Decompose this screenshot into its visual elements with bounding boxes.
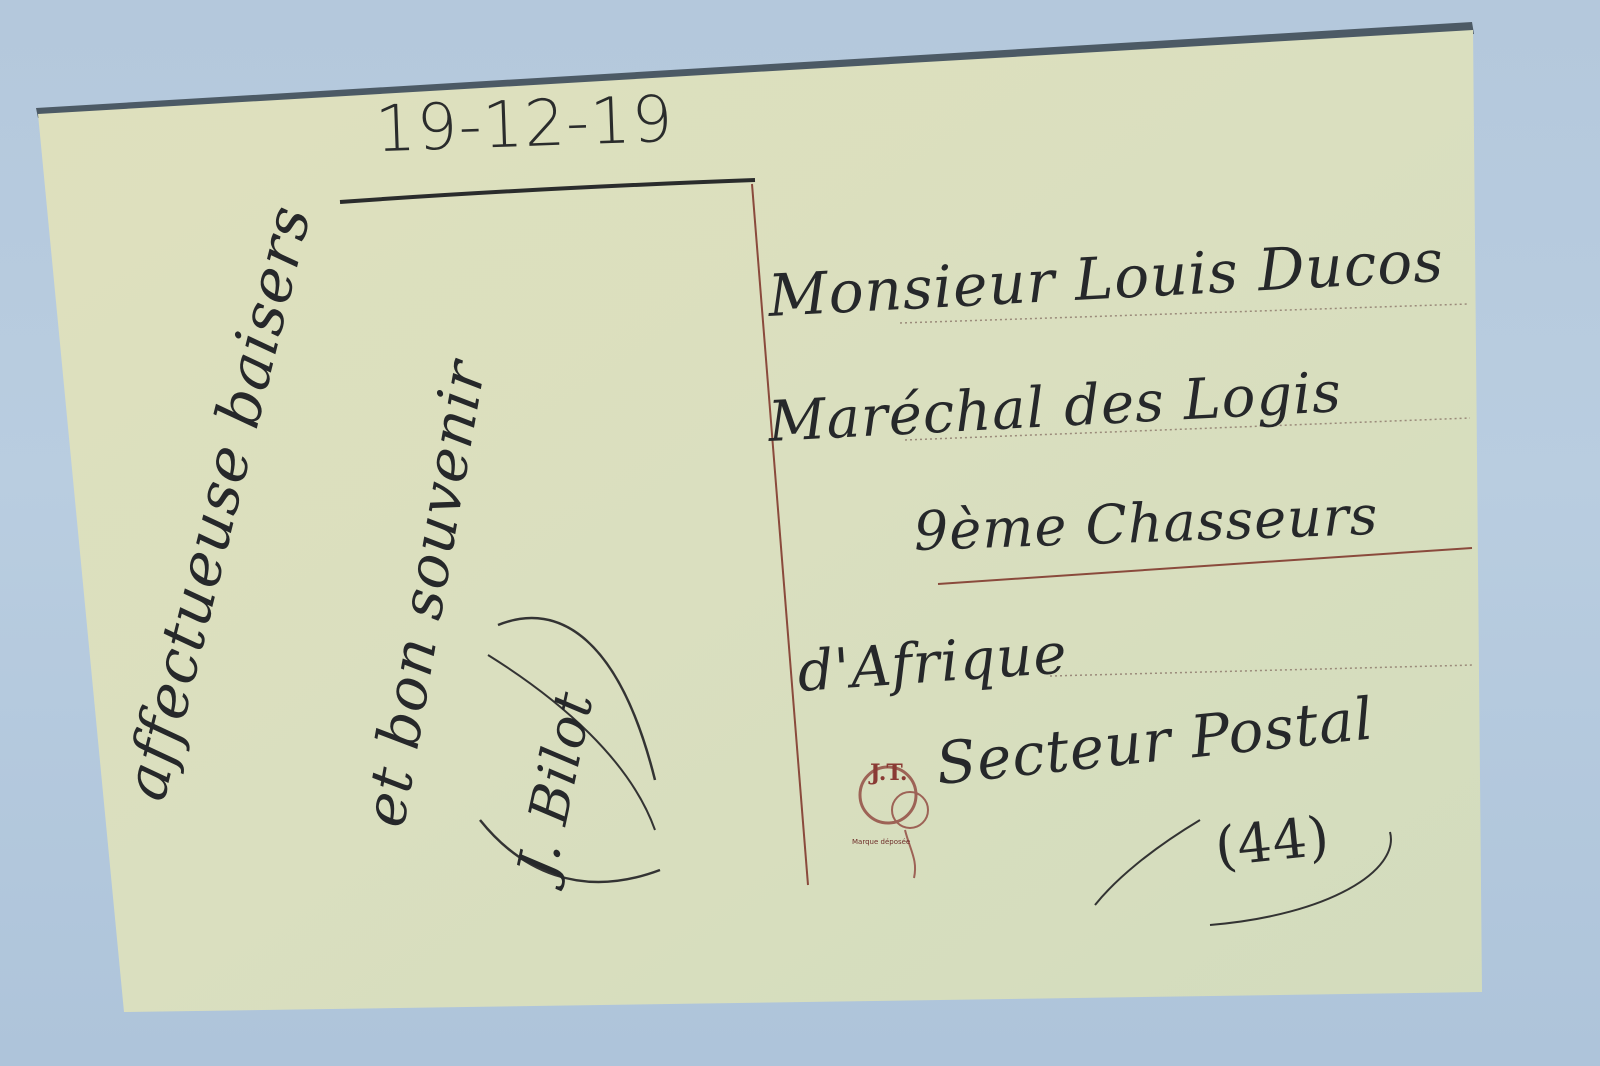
postcard: 19-12-19 Monsieur Louis Ducos Maréchal d… — [0, 0, 1600, 1066]
publisher-caption: Marque déposée — [852, 838, 910, 846]
publisher-monogram: J.T. — [870, 760, 908, 786]
address-line-sector-number: (44) — [1212, 804, 1333, 879]
date-written: 19-12-19 — [374, 83, 675, 167]
